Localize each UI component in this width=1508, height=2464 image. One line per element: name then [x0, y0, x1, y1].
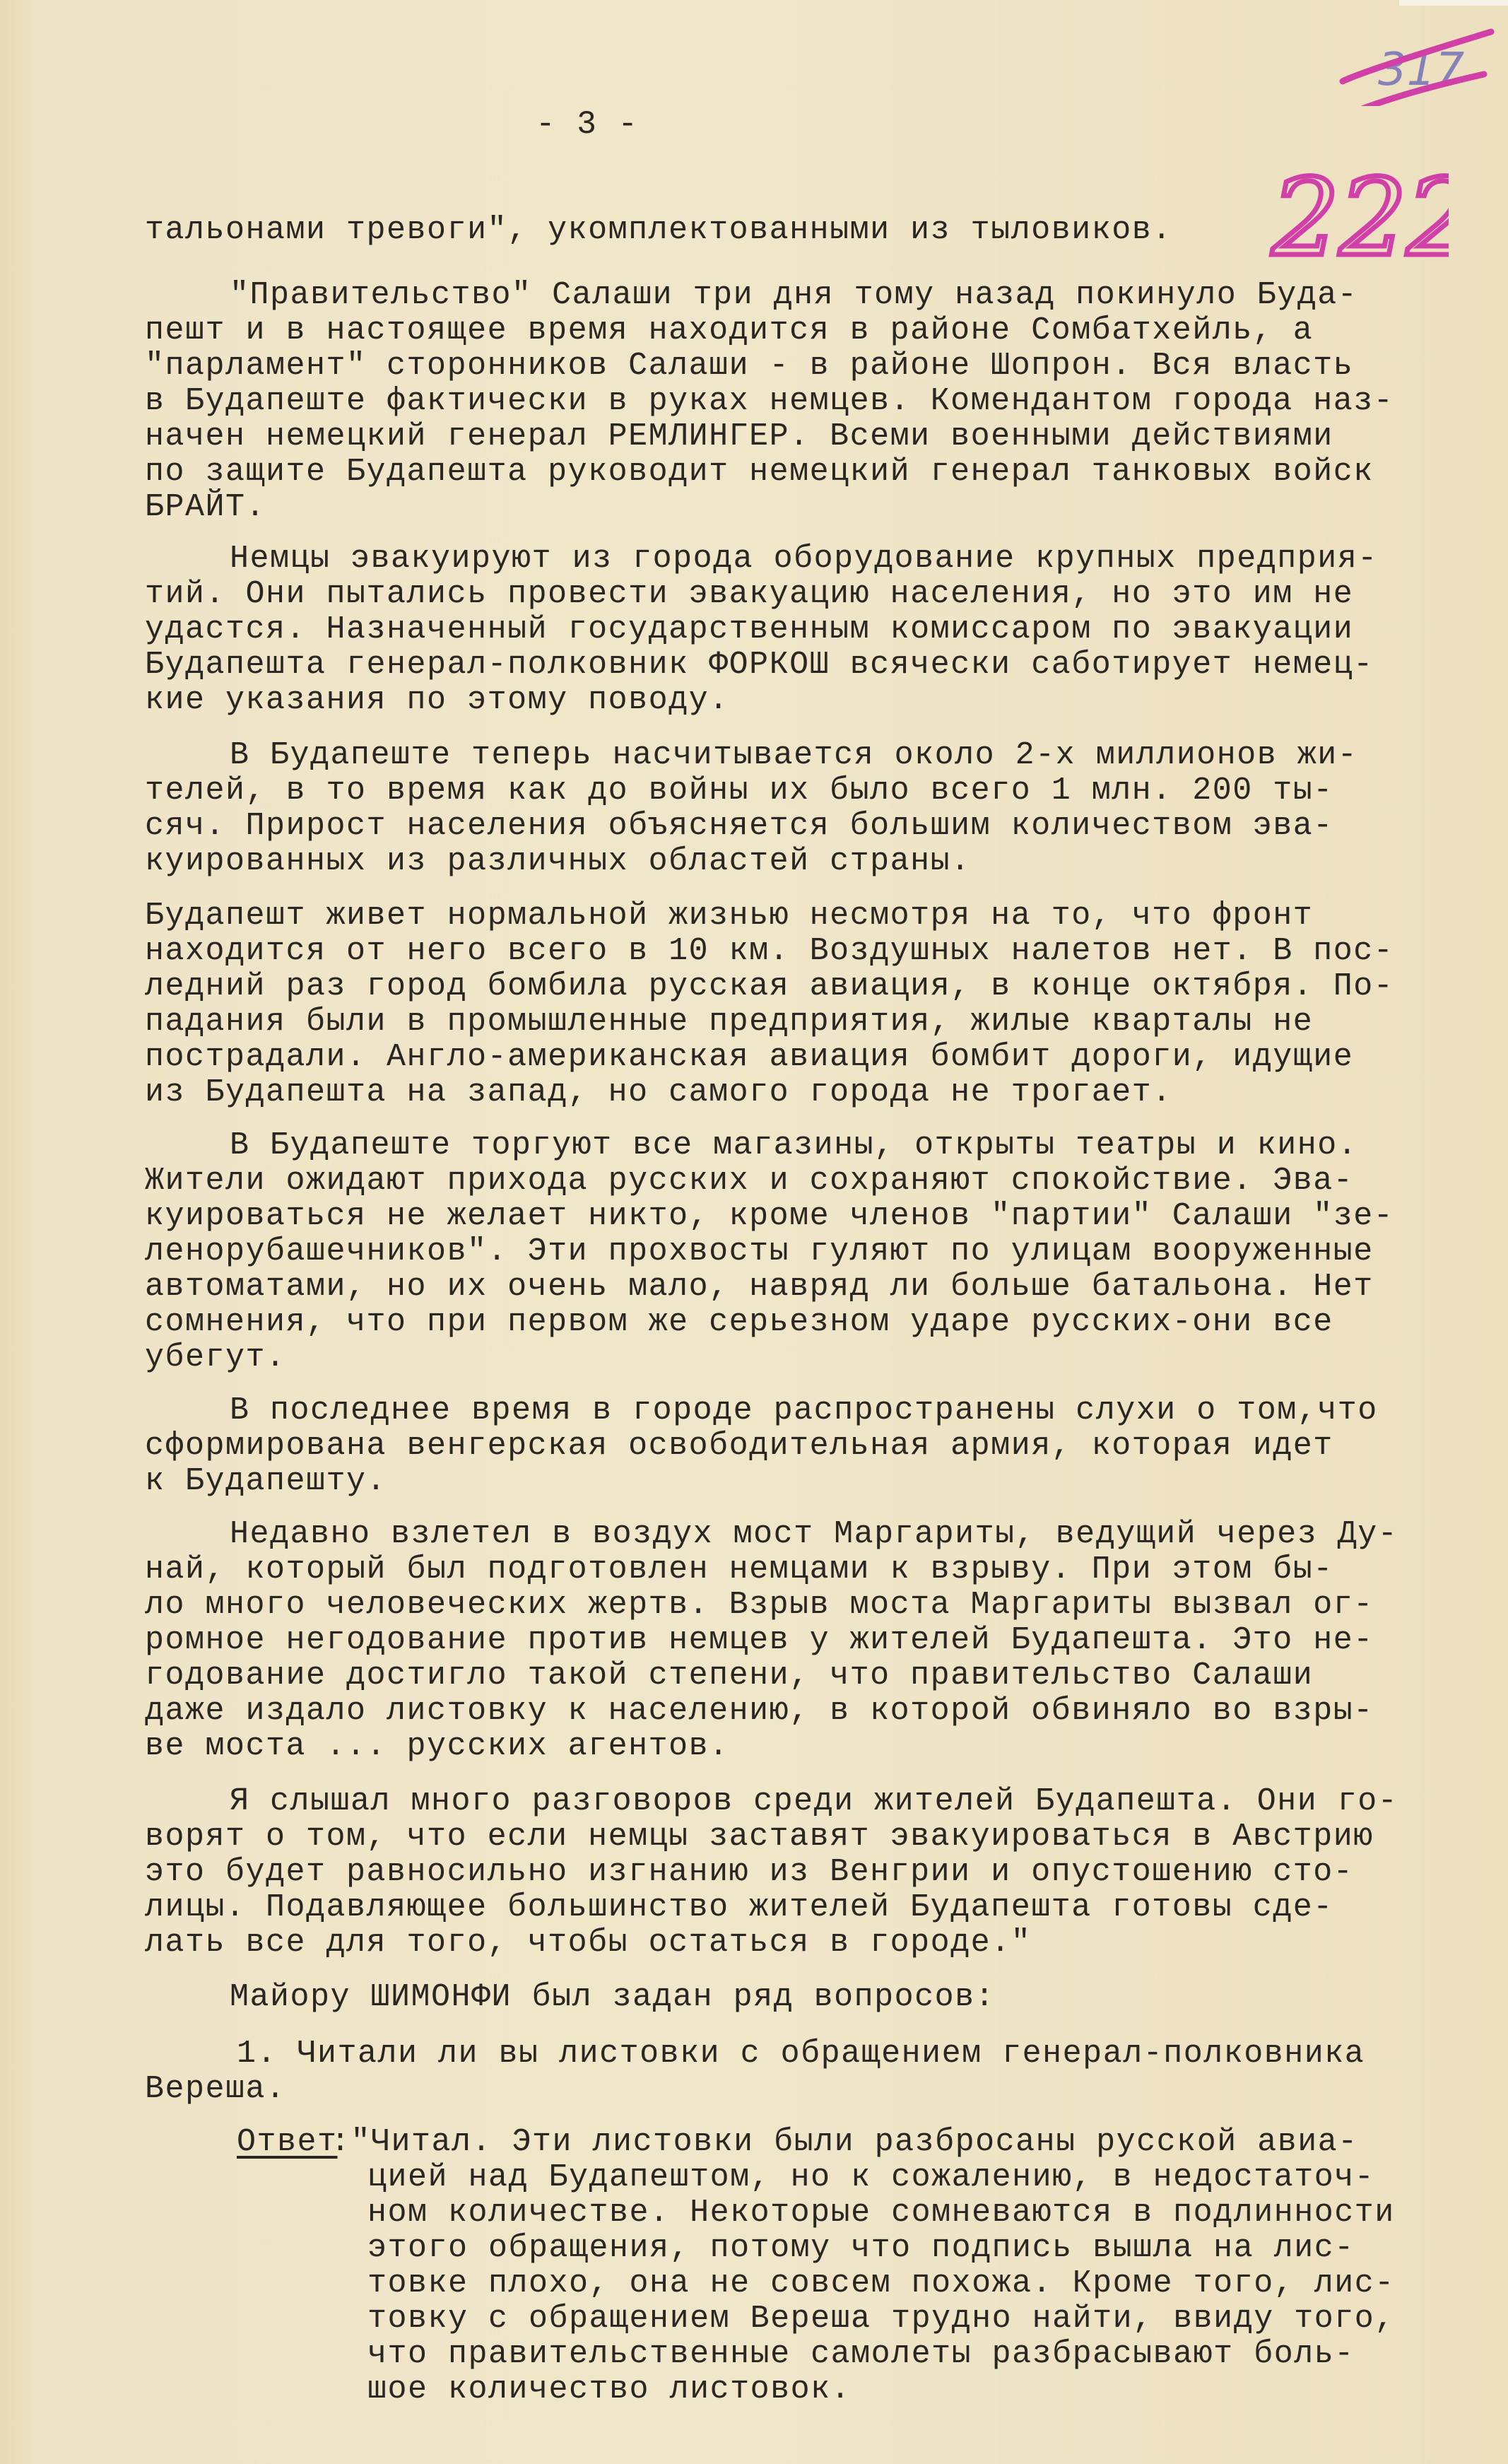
text-line: ве моста ... русских агентов.: [145, 1728, 729, 1765]
text-line: к Будапешту.: [145, 1463, 387, 1500]
text-line: Будапешт живет нормальной жизнью несмотр…: [145, 898, 1313, 934]
text-line: Вереша.: [145, 2071, 286, 2108]
text-line: начен немецкий генерал РЕМЛИНГЕР. Всеми …: [145, 418, 1333, 455]
text-line: "Правительство" Салаши три дня тому наза…: [230, 277, 1357, 314]
text-line: 1. Читали ли вы листовки с обращением ге…: [237, 2036, 1365, 2072]
answer-line: цией над Будапештом, но к сожалению, в н…: [367, 2159, 1374, 2196]
text-line: сяч. Прирост населения объясняется больш…: [145, 808, 1333, 845]
text-line: "парламент" сторонников Салаши - в район…: [145, 348, 1353, 385]
text-line: лать все для того, чтобы остаться в горо…: [145, 1925, 1031, 1961]
struck-folio-annotation: 317: [1336, 21, 1498, 106]
text-line: Жители ожидают прихода русских и сохраня…: [145, 1163, 1353, 1199]
text-line: телей, в то время как до войны их было в…: [145, 773, 1333, 809]
text-line: Я слышал много разговоров среди жителей …: [230, 1783, 1398, 1820]
answer-line: этого обращения, потому что подпись вышл…: [367, 2230, 1355, 2267]
page-edge: [1399, 0, 1508, 6]
folio-number-annotation: 222: [1265, 134, 1449, 290]
text-line: тальонами тревоги", укомплектованными из…: [145, 212, 1172, 249]
text-line: ло много человеческих жертв. Взрыв моста…: [145, 1587, 1374, 1624]
text-line: сомнения, что при первом же серьезном уд…: [145, 1304, 1333, 1341]
answer-line: товку с обращением Вереша трудно найти, …: [367, 2301, 1395, 2337]
text-line: БРАЙТ.: [145, 489, 266, 526]
text-line: ромное негодование против немцев у жител…: [145, 1622, 1374, 1659]
text-line: В последнее время в городе распространен…: [230, 1392, 1378, 1429]
new-folio-number: 222: [1271, 157, 1449, 280]
answer-line: :"Читал. Эти листовки были разбросаны ру…: [331, 2124, 1358, 2161]
document-page: - 3 - 317 222 тальонами тревоги", укомпл…: [0, 0, 1508, 2464]
text-line: даже издало листовку к населению, в кото…: [145, 1693, 1374, 1730]
answer-line: что правительственные самолеты разбрасыв…: [367, 2336, 1355, 2373]
text-line: ворят о том, что если немцы заставят эва…: [145, 1819, 1374, 1855]
page-number: - 3 -: [536, 106, 639, 143]
text-line: это будет равносильно изгнанию из Венгри…: [145, 1854, 1353, 1891]
text-line: падания были в промышленные предприятия,…: [145, 1004, 1313, 1040]
answer-line: товке плохо, она не совсем похожа. Кроме…: [367, 2265, 1395, 2302]
text-line: убегут.: [145, 1339, 286, 1376]
text-line: В Будапеште теперь насчитывается около 2…: [230, 737, 1357, 774]
text-line: по защите Будапешта руководит немецкий г…: [145, 454, 1374, 491]
text-line: Будапешта генерал-полковник ФОРКОШ всяче…: [145, 647, 1374, 684]
text-line: лицы. Подавляющее большинство жителей Бу…: [145, 1889, 1333, 1926]
text-line: Немцы эвакуируют из города оборудование …: [230, 541, 1378, 577]
text-line: удастся. Назначенный государственным ком…: [145, 611, 1353, 648]
text-line: В Будапеште торгуют все магазины, открыт…: [230, 1127, 1357, 1164]
text-line: автоматами, но их очень мало, навряд ли …: [145, 1269, 1374, 1306]
text-line: находится от него всего в 10 км. Воздушн…: [145, 933, 1394, 970]
text-line: кие указания по этому поводу.: [145, 682, 729, 719]
answer-line: шое количество листовок.: [367, 2371, 851, 2408]
answer-label: Ответ: [237, 2124, 338, 2161]
answer-line: ном количестве. Некоторые сомневаются в …: [367, 2195, 1395, 2231]
text-line: пешт и в настоящее время находится в рай…: [145, 312, 1313, 349]
text-line: ледний раз город бомбила русская авиация…: [145, 968, 1394, 1005]
text-line: годование достигло такой степени, что пр…: [145, 1658, 1313, 1694]
text-line: ленорубашечников". Эти прохвосты гуляют …: [145, 1233, 1374, 1270]
text-line: Недавно взлетел в воздух мост Маргариты,…: [230, 1516, 1398, 1553]
text-line: куироваться не желает никто, кроме члено…: [145, 1198, 1394, 1235]
text-line: Майору ШИМОНФИ был задан ряд вопросов:: [230, 1979, 995, 2016]
text-line: куированных из различных областей страны…: [145, 843, 971, 880]
text-line: най, который был подготовлен немцами к в…: [145, 1551, 1333, 1588]
text-line: из Будапешта на запад, но самого города …: [145, 1074, 1172, 1111]
text-line: в Будапеште фактически в руках немцев. К…: [145, 383, 1394, 420]
text-line: пострадали. Англо-американская авиация б…: [145, 1039, 1353, 1076]
text-line: тий. Они пытались провести эвакуацию нас…: [145, 576, 1353, 613]
text-line: сформирована венгерская освободительная …: [145, 1428, 1333, 1465]
